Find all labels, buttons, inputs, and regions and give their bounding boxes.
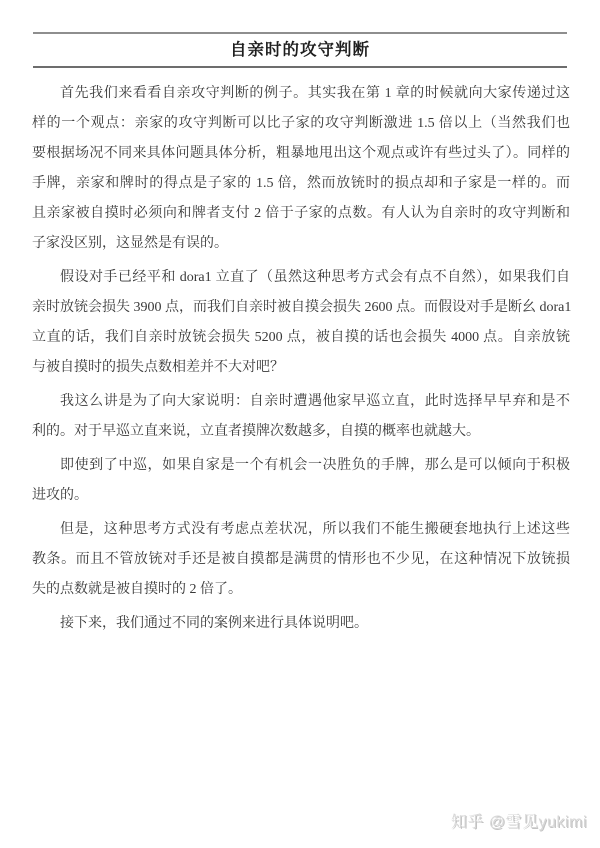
- text-line: 失的点数就是被自摸时的 2 倍了。: [32, 575, 570, 605]
- text-line: 我这么讲是为了向大家说明：自亲时遭遇他家早巡立直，此时选择早早弃和是不: [32, 387, 570, 417]
- paragraph: 接下来，我们通过不同的案例来进行具体说明吧。: [32, 609, 570, 639]
- text-line: 首先我们来看看自亲攻守判断的例子。其实我在第 1 章的时候就向大家传递过这: [32, 79, 570, 109]
- article-body: 首先我们来看看自亲攻守判断的例子。其实我在第 1 章的时候就向大家传递过这样的一…: [32, 79, 570, 639]
- text-line: 进攻的。: [32, 481, 570, 511]
- text-line: 但是，这种思考方式没有考虑点差状况，所以我们不能生搬硬套地执行上述这些: [32, 515, 570, 545]
- paragraph: 我这么讲是为了向大家说明：自亲时遭遇他家早巡立直，此时选择早早弃和是不利的。对于…: [32, 387, 570, 447]
- text-line: 利的。对于早巡立直来说，立直者摸牌次数越多，自摸的概率也就越大。: [32, 417, 570, 447]
- text-line: 与被自摸时的损失点数相差并不大对吧？: [32, 353, 570, 383]
- paragraph: 但是，这种思考方式没有考虑点差状况，所以我们不能生搬硬套地执行上述这些教条。而且…: [32, 515, 570, 605]
- text-line: 立直的话，我们自亲时放铳会损失 5200 点，被自摸的话也会损失 4000 点。…: [32, 323, 570, 353]
- watermark: 知乎 @雪见yukimi: [451, 809, 587, 832]
- text-line: 亲时放铳会损失 3900 点，而我们自亲时被自摸会损失 2600 点。而假设对手…: [32, 293, 570, 323]
- text-line: 即使到了中巡，如果自家是一个有机会一决胜负的手牌，那么是可以倾向于积极: [32, 451, 570, 481]
- text-line: 子家没区别，这显然是有误的。: [32, 229, 570, 259]
- paragraph: 假设对手已经平和 dora1 立直了（虽然这种思考方式会有点不自然），如果我们自…: [32, 263, 570, 383]
- text-line: 样的一个观点：亲家的攻守判断可以比子家的攻守判断激进 1.5 倍以上（当然我们也: [32, 109, 570, 139]
- text-line: 且亲家被自摸时必须向和牌者支付 2 倍于子家的点数。有人认为自亲时的攻守判断和: [32, 199, 570, 229]
- document-page: 自亲时的攻守判断 首先我们来看看自亲攻守判断的例子。其实我在第 1 章的时候就向…: [0, 0, 600, 848]
- text-line: 手牌，亲家和牌时的得点是子家的 1.5 倍，然而放铳时的损点却和子家是一样的。而: [32, 169, 570, 199]
- text-line: 接下来，我们通过不同的案例来进行具体说明吧。: [32, 609, 570, 639]
- paragraph: 即使到了中巡，如果自家是一个有机会一决胜负的手牌，那么是可以倾向于积极进攻的。: [32, 451, 570, 511]
- text-line: 教条。而且不管放铳对手还是被自摸都是满贯的情形也不少见，在这种情况下放铳损: [32, 545, 570, 575]
- page-title: 自亲时的攻守判断: [33, 34, 567, 66]
- text-line: 假设对手已经平和 dora1 立直了（虽然这种思考方式会有点不自然），如果我们自: [32, 263, 570, 293]
- paragraph: 首先我们来看看自亲攻守判断的例子。其实我在第 1 章的时候就向大家传递过这样的一…: [32, 79, 570, 259]
- title-divider-bottom: [33, 66, 567, 68]
- text-line: 要根据场况不同来具体问题具体分析，粗暴地甩出这个观点或许有些过头了）。同样的: [32, 139, 570, 169]
